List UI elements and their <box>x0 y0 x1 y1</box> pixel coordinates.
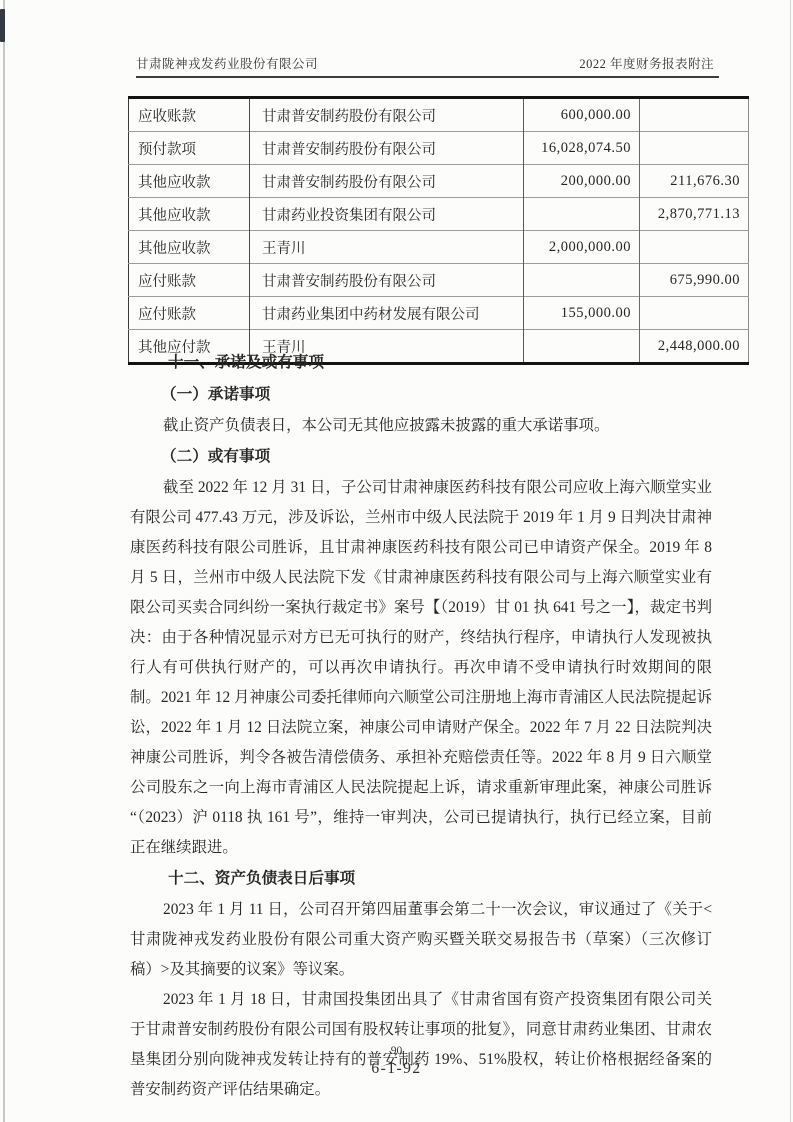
table-row: 应付账款甘肃药业集团中药材发展有限公司155,000.00 <box>129 297 749 330</box>
table-row: 预付款项甘肃普安制药股份有限公司16,028,074.50 <box>129 132 749 165</box>
table-row: 其他应收款甘肃普安制药股份有限公司200,000.00211,676.30 <box>129 165 749 198</box>
footer-page-number: 90 <box>0 1045 793 1057</box>
header-rule <box>136 76 719 78</box>
scan-artifact-left-blob <box>0 9 5 42</box>
table-cell-amount_b <box>640 132 749 165</box>
section-11-1-body: 截止资产负债表日，本公司无其他应披露未披露的重大承诺事项。 <box>130 411 712 441</box>
table-row: 其他应收款甘肃药业投资集团有限公司2,870,771.13 <box>129 198 749 231</box>
table-cell-amount_b <box>640 231 749 264</box>
table-cell-party: 王青川 <box>250 231 524 264</box>
table-cell-amount_b: 211,676.30 <box>640 165 749 198</box>
table-cell-amount_a <box>524 264 640 297</box>
document-body: 十一、承诺及或有事项 （一）承诺事项 截止资产负债表日，本公司无其他应披露未披露… <box>130 347 712 1105</box>
table-cell-amount_b <box>640 297 749 330</box>
section-11-title: 十一、承诺及或有事项 <box>130 347 712 379</box>
table-cell-item: 应付账款 <box>129 264 250 297</box>
section-11-2-title: （二）或有事项 <box>130 441 712 473</box>
table-cell-item: 应付账款 <box>129 297 250 330</box>
table-cell-party: 甘肃药业投资集团有限公司 <box>250 198 524 231</box>
section-12-para-1: 2023 年 1 月 11 日，公司召开第四届董事会第二十一次会议，审议通过了《… <box>130 895 712 985</box>
document-page: 甘肃陇神戎发药业股份有限公司 2022 年度财务报表附注 应收账款甘肃普安制药股… <box>0 0 793 1122</box>
footer-page-code: 6-1-92 <box>0 1060 793 1078</box>
related-party-table: 应收账款甘肃普安制药股份有限公司600,000.00预付款项甘肃普安制药股份有限… <box>128 96 749 365</box>
table-row: 应收账款甘肃普安制药股份有限公司600,000.00 <box>129 98 749 132</box>
related-party-table-body: 应收账款甘肃普安制药股份有限公司600,000.00预付款项甘肃普安制药股份有限… <box>129 98 749 364</box>
table-cell-amount_b: 675,990.00 <box>640 264 749 297</box>
table-cell-party: 甘肃药业集团中药材发展有限公司 <box>250 297 524 330</box>
page-header: 甘肃陇神戎发药业股份有限公司 2022 年度财务报表附注 <box>136 54 714 72</box>
table-cell-item: 其他应收款 <box>129 165 250 198</box>
table-row: 其他应收款王青川2,000,000.00 <box>129 231 749 264</box>
table-cell-item: 预付款项 <box>129 132 250 165</box>
table-cell-party: 甘肃普安制药股份有限公司 <box>250 264 524 297</box>
section-11-2-body: 截至 2022 年 12 月 31 日，子公司甘肃神康医药科技有限公司应收上海六… <box>130 473 712 863</box>
table-cell-party: 甘肃普安制药股份有限公司 <box>250 98 524 132</box>
scan-artifact-right-edge <box>790 0 791 1122</box>
table-cell-amount_a: 600,000.00 <box>524 98 640 132</box>
section-12-title: 十二、资产负债表日后事项 <box>130 863 712 895</box>
table-row: 应付账款甘肃普安制药股份有限公司675,990.00 <box>129 264 749 297</box>
table-cell-item: 其他应收款 <box>129 231 250 264</box>
table-cell-party: 甘肃普安制药股份有限公司 <box>250 132 524 165</box>
table-cell-party: 甘肃普安制药股份有限公司 <box>250 165 524 198</box>
table-cell-amount_a: 2,000,000.00 <box>524 231 640 264</box>
table-cell-amount_b <box>640 98 749 132</box>
table-cell-amount_b: 2,870,771.13 <box>640 198 749 231</box>
table-cell-amount_a <box>524 198 640 231</box>
header-company-name: 甘肃陇神戎发药业股份有限公司 <box>136 54 318 72</box>
section-11-1-title: （一）承诺事项 <box>130 379 712 411</box>
table-cell-amount_a: 155,000.00 <box>524 297 640 330</box>
table-cell-amount_a: 16,028,074.50 <box>524 132 640 165</box>
scan-artifact-left-edge <box>3 0 5 1122</box>
table-cell-item: 其他应收款 <box>129 198 250 231</box>
header-report-title: 2022 年度财务报表附注 <box>579 54 714 72</box>
table-cell-item: 应收账款 <box>129 98 250 132</box>
table-cell-amount_a: 200,000.00 <box>524 165 640 198</box>
